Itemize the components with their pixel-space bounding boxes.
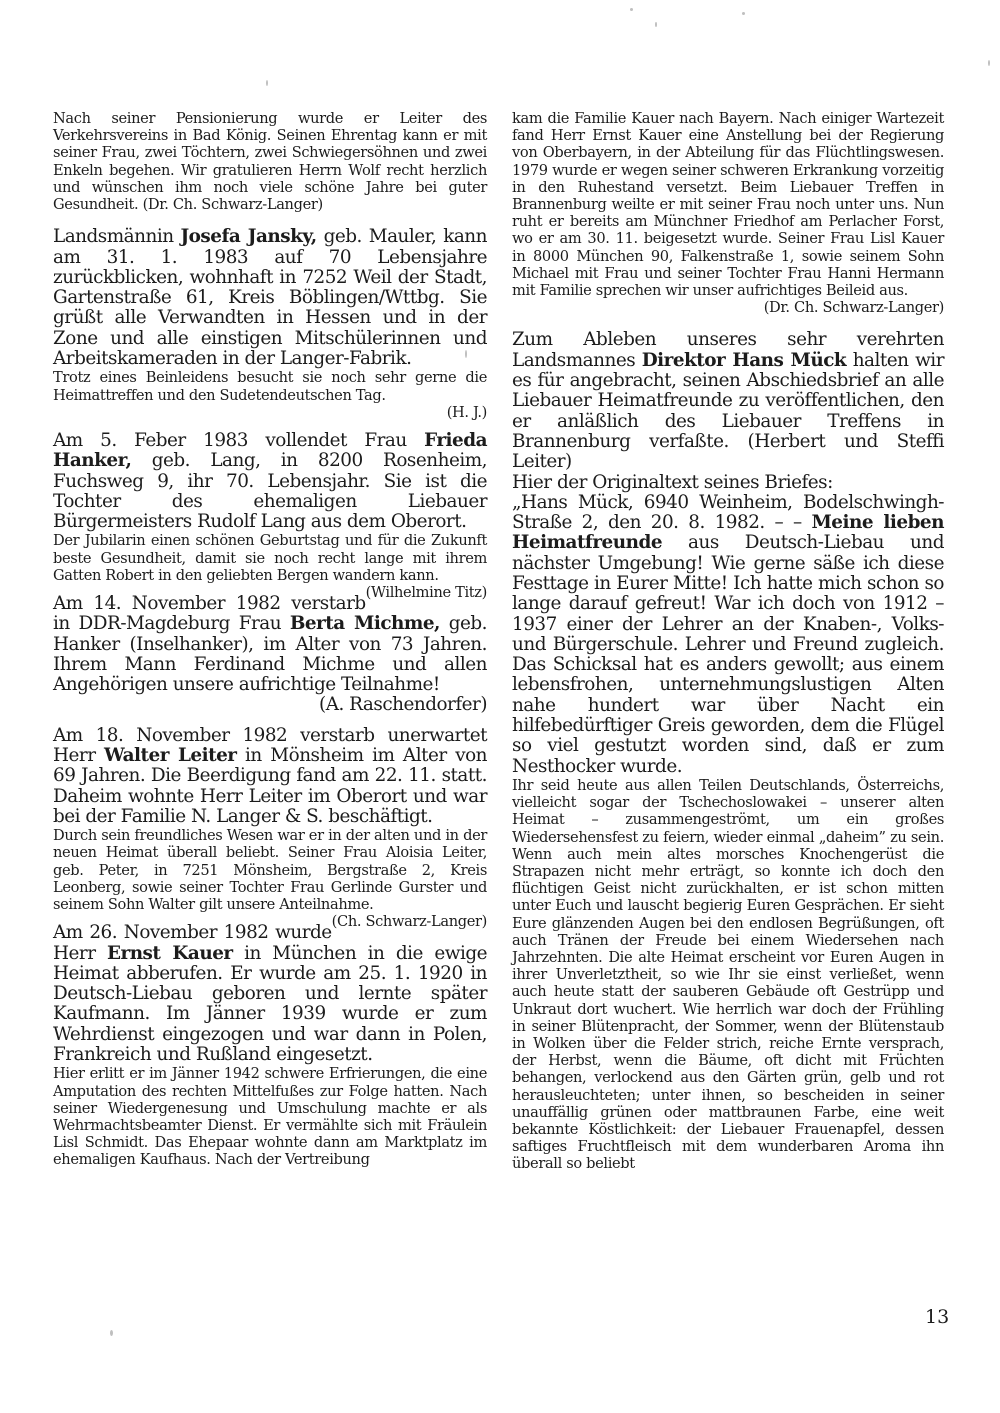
right-column: kam die Familie Kauer nach Bayern. Nach … [512, 110, 944, 1173]
author-signature: (Ch. Schwarz-Langer) [332, 913, 487, 930]
article-body: Landsmännin Josefa Jansky, geb. Mauler, … [53, 227, 487, 369]
left-column: Nach seiner Pensionierung wurde er Leite… [53, 110, 487, 1169]
article-body: Am 18. November 1982 verstarb unerwartet… [53, 726, 487, 827]
scan-speck [266, 80, 268, 86]
person-name: Walter Leiter [104, 745, 236, 766]
article-wolf: Nach seiner Pensionierung wurde er Leite… [53, 110, 487, 213]
article-body: Zum Ableben unseres sehr verehrten Lands… [512, 330, 944, 472]
article-body: Am 26. November 1982 wurde Herr Ernst Ka… [53, 923, 487, 1065]
article-kauer: Am 26. November 1982 wurde Herr Ernst Ka… [53, 923, 487, 1168]
person-name: Ernst Kauer [107, 943, 233, 964]
scan-speck [110, 1330, 113, 1336]
letter-body: „Hans Mück, 6940 Weinheim, Bodelschwingh… [512, 493, 944, 777]
article-body: Nach seiner Pensionierung wurde er Leite… [53, 110, 487, 213]
scan-speck [742, 12, 745, 15]
article-michme: Am 14. November 1982 verstarb in DDR-Mag… [53, 594, 487, 716]
body-text: geb. Mauler, kann am 31. 1. 1983 auf 70 … [53, 226, 487, 369]
article-note: Hier erlitt er im Jänner 1942 schwere Er… [53, 1065, 487, 1168]
article-note: Durch sein freundliches Wesen war er in … [53, 827, 487, 913]
lead-text: Am 5. Feber 1983 vollendet Frau [53, 430, 424, 451]
article-note: Der Jubilarin einen schönen Geburtstag u… [53, 532, 487, 584]
scan-speck [655, 22, 657, 27]
author-signature: (A. Raschendorfer) [53, 695, 487, 715]
article-jansky: Landsmännin Josefa Jansky, geb. Mauler, … [53, 227, 487, 421]
person-name: Direktor Hans Mück [642, 350, 846, 371]
article-mueck: Zum Ableben unseres sehr verehrten Lands… [512, 330, 944, 1172]
person-name: Josefa Jansky, [180, 226, 316, 247]
article-note: Trotz eines Beinleidens besucht sie noch… [53, 369, 487, 403]
article-body: Am 5. Feber 1983 vollendet Frau Frieda H… [53, 431, 487, 532]
author-signature: (H. J.) [53, 404, 487, 421]
lead-text: Landsmännin [53, 226, 180, 247]
letter-continued: Ihr seid heute aus allen Teilen Deutschl… [512, 777, 944, 1173]
scan-speck [988, 60, 990, 66]
letter-text: aus Deutsch-Liebau und nächster Umgebung… [512, 532, 944, 776]
article-hanker: Am 5. Feber 1983 vollendet Frau Frieda H… [53, 431, 487, 584]
person-name: Berta Michme, [290, 613, 440, 634]
letter-intro: Hier der Originaltext seines Briefes: [512, 473, 944, 493]
note-text: Durch sein freundliches Wesen war er in … [53, 827, 487, 913]
scan-speck [630, 8, 633, 11]
article-body: Am 14. November 1982 verstarb in DDR-Mag… [53, 594, 487, 695]
note-text: Der Jubilarin einen schönen Geburtstag u… [53, 532, 487, 583]
page-number: 13 [925, 1306, 949, 1328]
article-kauer-continued: kam die Familie Kauer nach Bayern. Nach … [512, 110, 944, 316]
article-body: kam die Familie Kauer nach Bayern. Nach … [512, 110, 944, 299]
article-leiter: Am 18. November 1982 verstarb unerwartet… [53, 726, 487, 914]
author-signature: (Dr. Ch. Schwarz-Langer) [512, 299, 944, 316]
author-signature: (Wilhelmine Titz) [366, 584, 487, 601]
